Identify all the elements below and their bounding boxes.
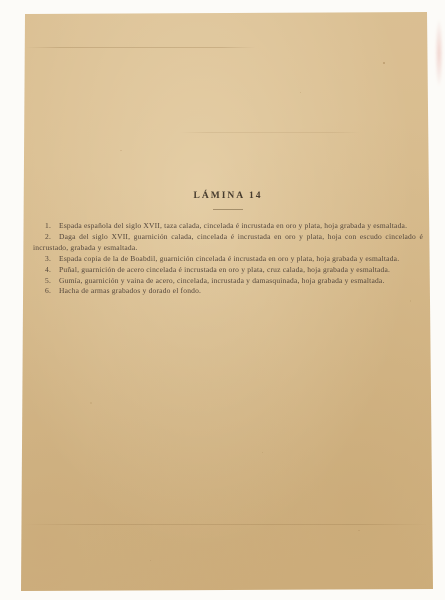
paper-crease [180,132,360,133]
foxing-spot [358,530,360,531]
item-number: 1. [45,221,51,230]
catalog-item: 3.Espada copia de la de Boabdil, guarnic… [33,254,423,265]
catalog-item-list: 1.Espada española del siglo XVII, taza c… [33,221,423,297]
paper-sheet [0,0,445,600]
title-rule [213,209,243,210]
foxing-spot [300,92,301,93]
scan-edge-smudge [435,18,443,88]
item-text: Daga del siglo XVII, guarnición calada, … [33,232,423,252]
paper-crease [24,524,428,525]
foxing-spot [383,62,385,64]
item-text: Hacha de armas grabados y dorado el fond… [59,286,201,295]
typeset-content: LÁMINA 14 1.Espada española del siglo XV… [33,191,423,297]
foxing-spot [90,402,92,404]
item-text: Puñal, guarnición de acero cincelada é i… [59,265,390,274]
plate-title: LÁMINA 14 [33,191,423,201]
foxing-spot [150,560,151,561]
catalog-item: 6.Hacha de armas grabados y dorado el fo… [33,286,423,297]
scanned-page-view: LÁMINA 14 1.Espada española del siglo XV… [0,0,445,600]
item-number: 3. [45,254,51,263]
item-text: Espada copia de la de Boabdil, guarnició… [59,254,399,263]
paper-crease [26,47,256,48]
item-text: Gumía, guarnición y vaina de acero, cinc… [59,276,385,285]
foxing-spot [410,300,411,302]
item-number: 5. [45,276,51,285]
catalog-item: 2.Daga del siglo XVII, guarnición calada… [33,232,423,254]
catalog-item: 4.Puñal, guarnición de acero cincelada é… [33,265,423,276]
item-number: 6. [45,286,51,295]
item-text: Espada española del siglo XVII, taza cal… [59,221,407,230]
item-number: 2. [45,232,51,241]
catalog-item: 5.Gumía, guarnición y vaina de acero, ci… [33,276,423,287]
catalog-item: 1.Espada española del siglo XVII, taza c… [33,221,423,232]
foxing-spot [262,452,263,453]
foxing-spot [120,150,122,151]
item-number: 4. [45,265,51,274]
